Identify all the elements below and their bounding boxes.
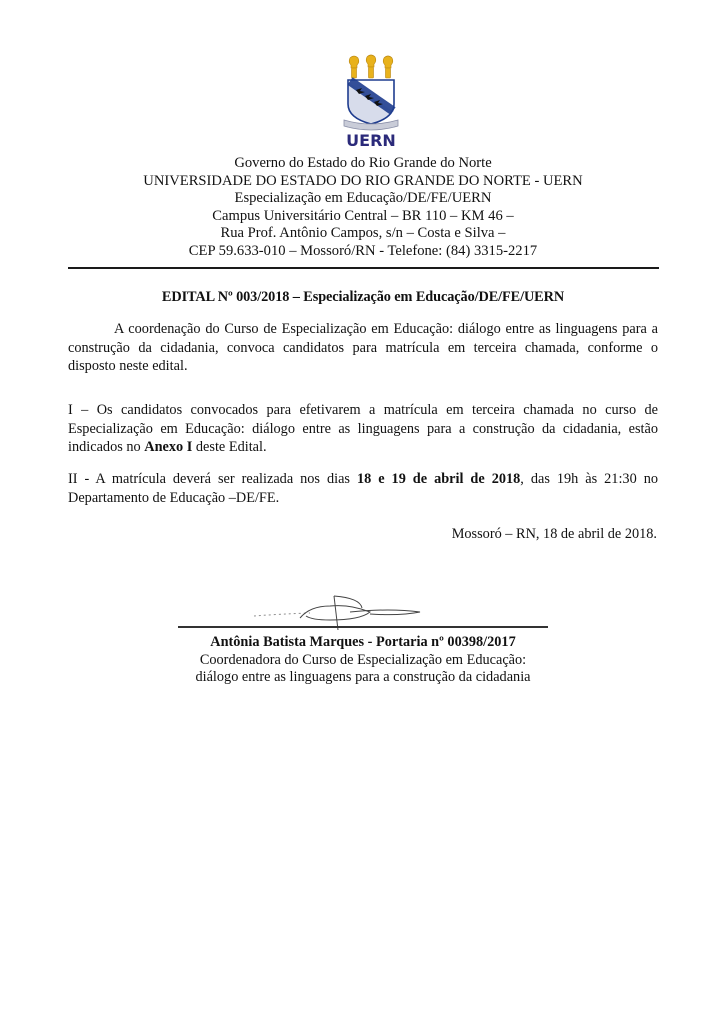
letterhead-department: Especialização em Educação/DE/FE/UERN bbox=[68, 190, 658, 208]
signatory-role: Coordenadora do Curso de Especialização … bbox=[120, 652, 606, 670]
item-ii-text: II - A matrícula deverá ser realizada no… bbox=[68, 471, 357, 487]
item-i-line: Especialização em Educação: diálogo entr… bbox=[68, 420, 658, 439]
letterhead-street: Rua Prof. Antônio Campos, s/n – Costa e … bbox=[68, 225, 658, 243]
enrollment-dates: 18 e 19 de abril de 2018 bbox=[357, 471, 520, 487]
svg-text:UERN: UERN bbox=[346, 131, 396, 150]
letterhead-government: Governo do Estado do Rio Grande do Norte bbox=[68, 155, 658, 173]
annex-reference: Anexo I bbox=[144, 439, 192, 455]
signatory-block: Antônia Batista Marques - Portaria nº 00… bbox=[120, 634, 606, 687]
header-divider bbox=[68, 267, 659, 269]
letterhead-university: UNIVERSIDADE DO ESTADO DO RIO GRANDE DO … bbox=[68, 173, 658, 191]
uern-logo-icon: UERN bbox=[336, 54, 406, 150]
signature-line bbox=[178, 626, 548, 628]
item-ii-paragraph: II - A matrícula deverá ser realizada no… bbox=[68, 470, 658, 507]
item-i-text: deste Edital. bbox=[192, 439, 266, 455]
place-date: Mossoró – RN, 18 de abril de 2018. bbox=[452, 525, 657, 543]
item-i-paragraph: I – Os candidatos convocados para efetiv… bbox=[68, 401, 658, 457]
item-ii-line: II - A matrícula deverá ser realizada no… bbox=[68, 470, 658, 489]
letterhead-contact: CEP 59.633-010 – Mossoró/RN - Telefone: … bbox=[68, 243, 658, 261]
edital-title: EDITAL Nº 003/2018 – Especialização em E… bbox=[68, 289, 658, 306]
item-i-line: I – Os candidatos convocados para efetiv… bbox=[68, 401, 658, 420]
item-i-line: indicados no Anexo I deste Edital. bbox=[68, 438, 658, 457]
item-ii-text: , das 19h às 21:30 no bbox=[520, 471, 658, 487]
letterhead-campus: Campus Universitário Central – BR 110 – … bbox=[68, 208, 658, 226]
intro-paragraph: A coordenação do Curso de Especialização… bbox=[68, 320, 658, 376]
item-i-text: indicados no bbox=[68, 439, 144, 455]
document-page: UERN Governo do Estado do Rio Grande do … bbox=[0, 0, 724, 1024]
signatory-role: diálogo entre as linguagens para a const… bbox=[120, 669, 606, 687]
intro-line: construção da cidadania, convoca candida… bbox=[68, 339, 658, 358]
intro-line: A coordenação do Curso de Especialização… bbox=[68, 320, 658, 339]
item-ii-line: Departamento de Educação –DE/FE. bbox=[68, 489, 658, 508]
signatory-name: Antônia Batista Marques - Portaria nº 00… bbox=[120, 634, 606, 652]
letterhead: Governo do Estado do Rio Grande do Norte… bbox=[68, 155, 658, 261]
intro-line: disposto neste edital. bbox=[68, 357, 658, 376]
